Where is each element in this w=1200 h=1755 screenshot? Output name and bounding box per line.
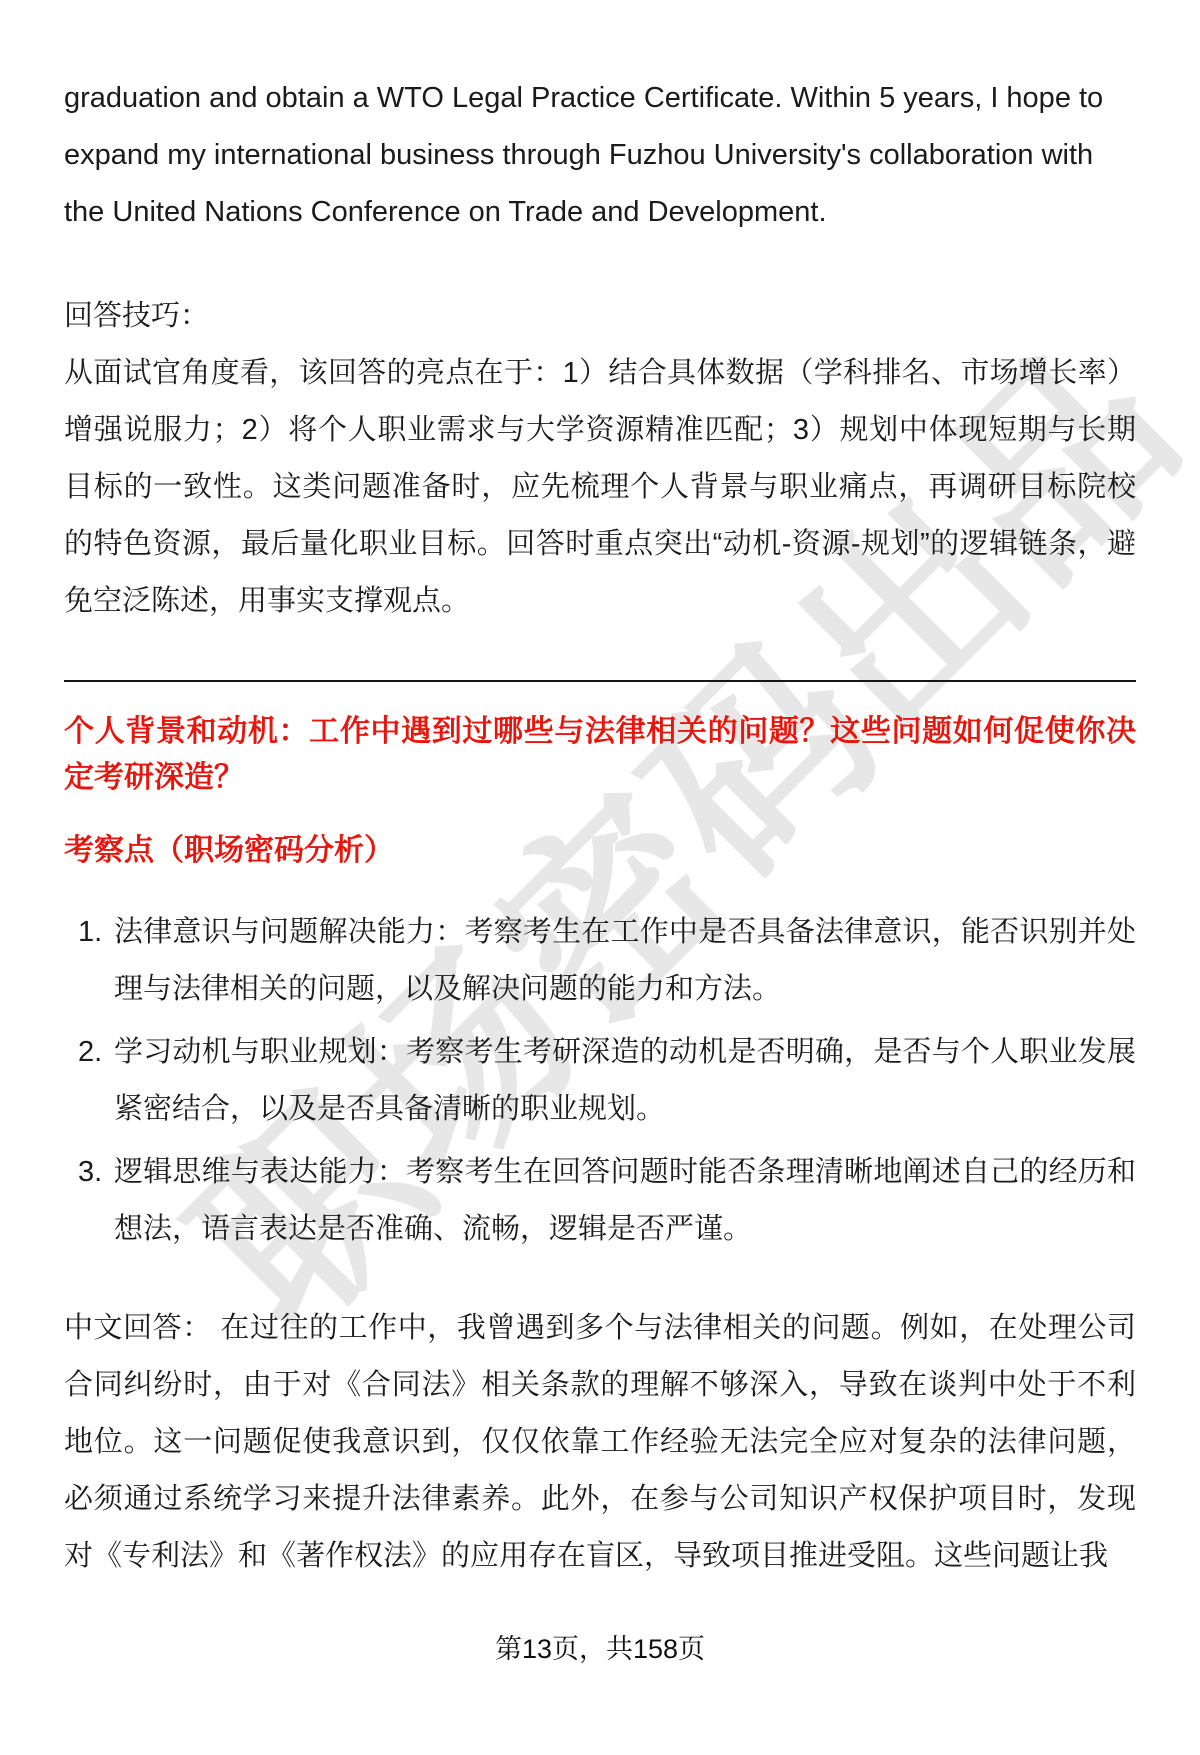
chinese-answer-paragraph: 中文回答： 在过往的工作中，我曾遇到多个与法律相关的问题。例如，在处理公司合同纠… <box>64 1300 1136 1585</box>
chinese-answer-body: 在过往的工作中，我曾遇到多个与法律相关的问题。例如，在处理公司合同纠纷时，由于对… <box>64 1312 1136 1572</box>
answer-tips-heading: 回答技巧： <box>64 288 1136 345</box>
exam-points-heading: 考察点（职场密码分析） <box>64 828 1136 874</box>
list-item: 3. 逻辑思维与表达能力：考察考生在回答问题时能否条理清晰地阐述自己的经历和想法… <box>64 1144 1136 1258</box>
list-item-text: 逻辑思维与表达能力：考察考生在回答问题时能否条理清晰地阐述自己的经历和想法，语言… <box>114 1156 1136 1245</box>
page-number-footer: 第13页，共158页 <box>64 1630 1136 1668</box>
answer-tips-body: 从面试官角度看，该回答的亮点在于：1）结合具体数据（学科排名、市场增长率）增强说… <box>64 345 1136 630</box>
list-item-number: 1. <box>78 904 102 961</box>
list-item-text: 学习动机与职业规划：考察考生考研深造的动机是否明确，是否与个人职业发展紧密结合，… <box>114 1036 1136 1125</box>
exam-points-list: 1. 法律意识与问题解决能力：考察考生在工作中是否具备法律意识，能否识别并处理与… <box>64 904 1136 1258</box>
list-item: 1. 法律意识与问题解决能力：考察考生在工作中是否具备法律意识，能否识别并处理与… <box>64 904 1136 1018</box>
english-answer-paragraph: graduation and obtain a WTO Legal Practi… <box>64 70 1136 241</box>
list-item-text: 法律意识与问题解决能力：考察考生在工作中是否具备法律意识，能否识别并处理与法律相… <box>114 916 1136 1005</box>
section-divider <box>64 680 1136 682</box>
chinese-answer-label: 中文回答： <box>64 1312 212 1344</box>
list-item-number: 3. <box>78 1144 102 1201</box>
list-item-number: 2. <box>78 1024 102 1081</box>
interview-question-heading: 个人背景和动机：工作中遇到过哪些与法律相关的问题？这些问题如何促使你决定考研深造… <box>64 709 1136 801</box>
document-page: graduation and obtain a WTO Legal Practi… <box>64 0 1136 1668</box>
list-item: 2. 学习动机与职业规划：考察考生考研深造的动机是否明确，是否与个人职业发展紧密… <box>64 1024 1136 1138</box>
